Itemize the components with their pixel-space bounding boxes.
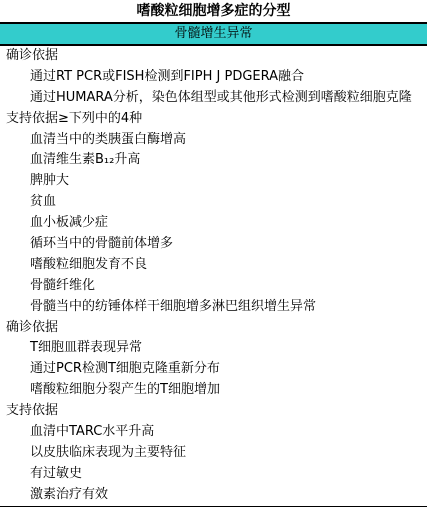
row-text: 贫血 [30, 194, 56, 209]
table-row: 有过敏史 [0, 464, 427, 485]
row-text: 激素治疗有效 [30, 487, 108, 502]
table-row: 骨髓纤维化 [0, 276, 427, 297]
criteria-list: 确诊依据通过RT PCR或FISH检测到FIPH J PDGERA融合通过HUM… [0, 46, 427, 507]
table-row: 通过RT PCR或FISH检测到FIPH J PDGERA融合 [0, 67, 427, 88]
row-text: 嗜酸粒细胞发育不良 [30, 257, 147, 272]
row-text: 确诊依据 [6, 320, 58, 335]
row-text: 确诊依据 [6, 48, 58, 63]
table-row: 贫血 [0, 192, 427, 213]
table-row: T细胞皿群表现异常 [0, 338, 427, 359]
row-text: 通过HUMARA分析，染色体组型或其他形式检测到嗜酸粒细胞克隆 [30, 90, 412, 105]
row-text: 支持依据 [6, 403, 58, 418]
table-row: 确诊依据 [0, 46, 427, 67]
row-text: 骨髓纤维化 [30, 278, 95, 293]
row-text: 通过PCR检测T细胞克隆重新分布 [30, 361, 220, 376]
row-text: 血清维生素B₁₂升高 [30, 152, 140, 167]
row-text: 以皮肤临床表现为主要特征 [30, 445, 186, 460]
row-text: 有过敏史 [30, 466, 82, 481]
table-row: 血清维生素B₁₂升高 [0, 150, 427, 171]
table-row: 血清当中的类胰蛋白酶增高 [0, 130, 427, 151]
table-row: 血清中TARC水平升高 [0, 422, 427, 443]
table-row: 嗜酸粒细胞分裂产生的T细胞增加 [0, 380, 427, 401]
table-row: 嗜酸粒细胞发育不良 [0, 255, 427, 276]
table-row: 脾肿大 [0, 171, 427, 192]
table-row: 循环当中的骨髓前体增多 [0, 234, 427, 255]
table-row: 支持依据≥下列中的4种 [0, 109, 427, 130]
row-text: 脾肿大 [30, 173, 69, 188]
row-text: 通过RT PCR或FISH检测到FIPH J PDGERA融合 [30, 69, 304, 84]
row-text: 血清中TARC水平升高 [30, 424, 154, 439]
table-row: 骨髓当中的纺锤体样干细胞增多淋巴组织增生异常 [0, 297, 427, 318]
table-row: 确诊依据 [0, 318, 427, 339]
row-text: 支持依据≥下列中的4种 [6, 111, 142, 126]
row-text: 嗜酸粒细胞分裂产生的T细胞增加 [30, 382, 220, 397]
row-text: 血小板减少症 [30, 215, 108, 230]
row-text: 骨髓当中的纺锤体样干细胞增多淋巴组织增生异常 [30, 299, 316, 314]
row-text: 血清当中的类胰蛋白酶增高 [30, 132, 186, 147]
document-table: 嗜酸粒细胞增多症的分型 骨髓增生异常 确诊依据通过RT PCR或FISH检测到F… [0, 0, 427, 507]
row-text: T细胞皿群表现异常 [30, 340, 142, 355]
table-row: 激素治疗有效 [0, 485, 427, 506]
table-row: 以皮肤临床表现为主要特征 [0, 443, 427, 464]
table-row: 通过HUMARA分析，染色体组型或其他形式检测到嗜酸粒细胞克隆 [0, 88, 427, 109]
page-title: 嗜酸粒细胞增多症的分型 [0, 0, 427, 22]
table-row: 通过PCR检测T细胞克隆重新分布 [0, 359, 427, 380]
row-text: 循环当中的骨髓前体增多 [30, 236, 173, 251]
section-header: 骨髓增生异常 [0, 22, 427, 46]
table-row: 支持依据 [0, 401, 427, 422]
table-row: 血小板减少症 [0, 213, 427, 234]
